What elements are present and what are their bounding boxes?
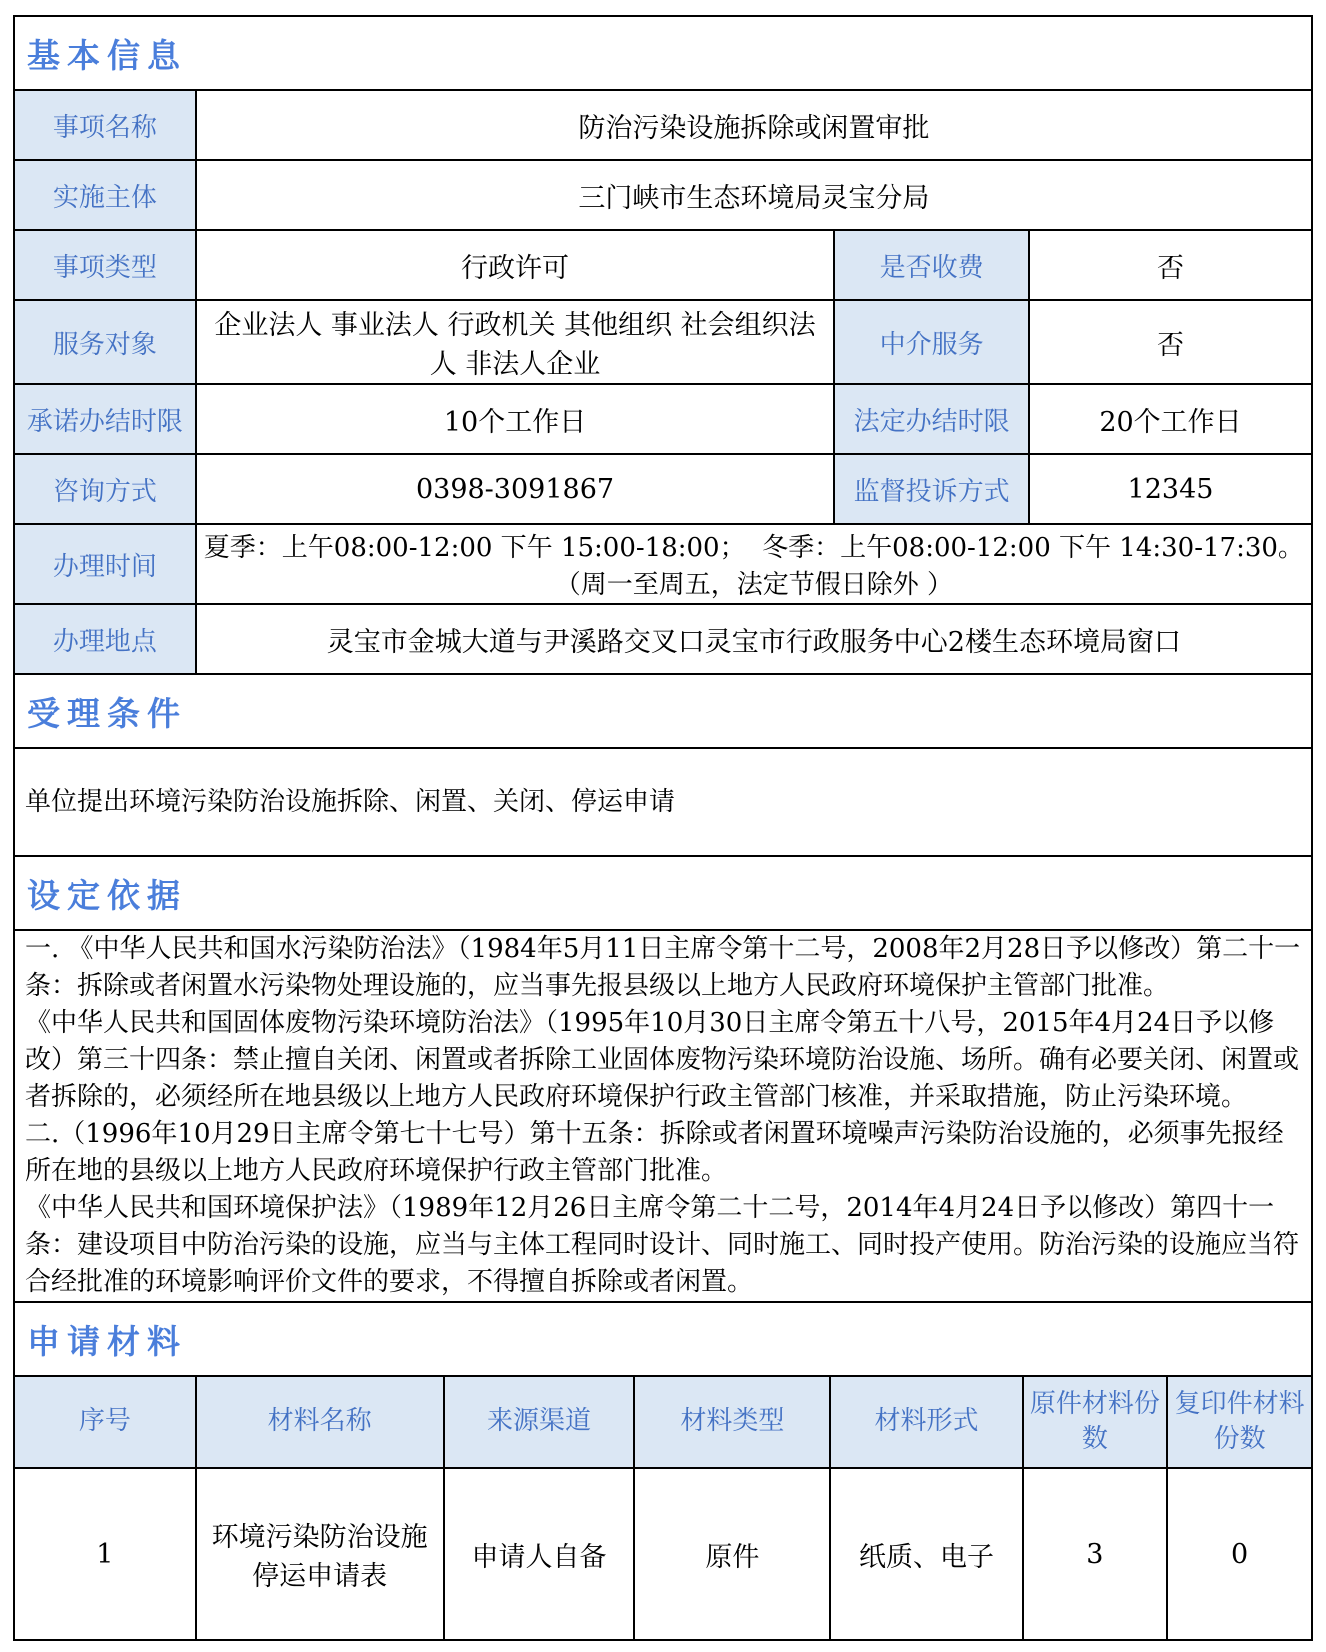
fee-required-label: 是否收费	[834, 230, 1029, 300]
table-row: 事项名称 防治污染设施拆除或闲置审批	[14, 90, 1312, 160]
application-materials-table: 序号 材料名称 来源渠道 材料类型 材料形式 原件材料份数 复印件材料份数 1 …	[13, 1375, 1313, 1641]
table-row: 事项类型 行政许可 是否收费 否	[14, 230, 1312, 300]
materials-col-header-form: 材料形式	[830, 1376, 1022, 1468]
handling-time-label: 办理时间	[14, 524, 196, 604]
supervision-complaint-label: 监督投诉方式	[834, 454, 1029, 524]
materials-col-header-seq: 序号	[14, 1376, 196, 1468]
item-type-label: 事项类型	[14, 230, 196, 300]
promised-time-limit-label: 承诺办结时限	[14, 384, 196, 454]
basic-info-section-header: 基本信息	[13, 15, 1313, 91]
service-target-value: 企业法人 事业法人 行政机关 其他组织 社会组织法人 非法人企业	[196, 300, 835, 384]
acceptance-conditions-content: 单位提出环境污染防治设施拆除、闲置、关闭、停运申请	[13, 747, 1313, 857]
promised-time-limit-value: 10个工作日	[196, 384, 835, 454]
table-row: 服务对象 企业法人 事业法人 行政机关 其他组织 社会组织法人 非法人企业 中介…	[14, 300, 1312, 384]
basic-info-table: 事项名称 防治污染设施拆除或闲置审批 实施主体 三门峡市生态环境局灵宝分局 事项…	[13, 89, 1313, 675]
legal-time-limit-value: 20个工作日	[1029, 384, 1312, 454]
materials-col-header-type: 材料类型	[634, 1376, 830, 1468]
implementing-body-label: 实施主体	[14, 160, 196, 230]
legal-time-limit-label: 法定办结时限	[834, 384, 1029, 454]
table-row: 咨询方式 0398-3091867 监督投诉方式 12345	[14, 454, 1312, 524]
material-source: 申请人自备	[444, 1468, 635, 1640]
table-row: 实施主体 三门峡市生态环境局灵宝分局	[14, 160, 1312, 230]
material-seq: 1	[14, 1468, 196, 1640]
acceptance-conditions-section-header: 受理条件	[13, 673, 1313, 749]
materials-data-row: 1 环境污染防治设施停运申请表 申请人自备 原件 纸质、电子 3 0	[14, 1468, 1312, 1640]
table-row: 办理地点 灵宝市金城大道与尹溪路交叉口灵宝市行政服务中心2楼生态环境局窗口	[14, 604, 1312, 674]
basic-info-section-title: 基本信息	[27, 30, 187, 77]
handling-time-value: 夏季：上午08:00-12:00 下午 15:00-18:00； 冬季：上午08…	[196, 524, 1312, 604]
setting-basis-section-title: 设定依据	[27, 870, 187, 917]
fee-required-value: 否	[1029, 230, 1312, 300]
setting-basis-content: 一. 《中华人民共和国水污染防治法》（1984年5月11日主席令第十二号，200…	[13, 929, 1313, 1303]
material-name: 环境污染防治设施停运申请表	[196, 1468, 444, 1640]
item-name-label: 事项名称	[14, 90, 196, 160]
service-item-info-page: 基本信息 事项名称 防治污染设施拆除或闲置审批 实施主体 三门峡市生态环境局灵宝…	[0, 0, 1326, 1652]
materials-col-header-photocopy-copies: 复印件材料份数	[1167, 1376, 1312, 1468]
intermediary-service-label: 中介服务	[834, 300, 1029, 384]
material-photocopy-copies: 0	[1167, 1468, 1312, 1640]
application-materials-section-header: 申请材料	[13, 1301, 1313, 1377]
consultation-method-value: 0398-3091867	[196, 454, 835, 524]
table-row: 承诺办结时限 10个工作日 法定办结时限 20个工作日	[14, 384, 1312, 454]
material-type: 原件	[634, 1468, 830, 1640]
consultation-method-label: 咨询方式	[14, 454, 196, 524]
handling-location-value: 灵宝市金城大道与尹溪路交叉口灵宝市行政服务中心2楼生态环境局窗口	[196, 604, 1312, 674]
setting-basis-section-header: 设定依据	[13, 855, 1313, 931]
item-name-value: 防治污染设施拆除或闲置审批	[196, 90, 1312, 160]
materials-header-row: 序号 材料名称 来源渠道 材料类型 材料形式 原件材料份数 复印件材料份数	[14, 1376, 1312, 1468]
implementing-body-value: 三门峡市生态环境局灵宝分局	[196, 160, 1312, 230]
material-original-copies: 3	[1023, 1468, 1168, 1640]
item-type-value: 行政许可	[196, 230, 835, 300]
materials-col-header-name: 材料名称	[196, 1376, 444, 1468]
intermediary-service-value: 否	[1029, 300, 1312, 384]
material-form: 纸质、电子	[830, 1468, 1022, 1640]
application-materials-section-title: 申请材料	[27, 1316, 187, 1363]
supervision-complaint-value: 12345	[1029, 454, 1312, 524]
materials-col-header-original-copies: 原件材料份数	[1023, 1376, 1168, 1468]
materials-col-header-source: 来源渠道	[444, 1376, 635, 1468]
handling-location-label: 办理地点	[14, 604, 196, 674]
table-row: 办理时间 夏季：上午08:00-12:00 下午 15:00-18:00； 冬季…	[14, 524, 1312, 604]
acceptance-conditions-section-title: 受理条件	[27, 688, 187, 735]
service-target-label: 服务对象	[14, 300, 196, 384]
